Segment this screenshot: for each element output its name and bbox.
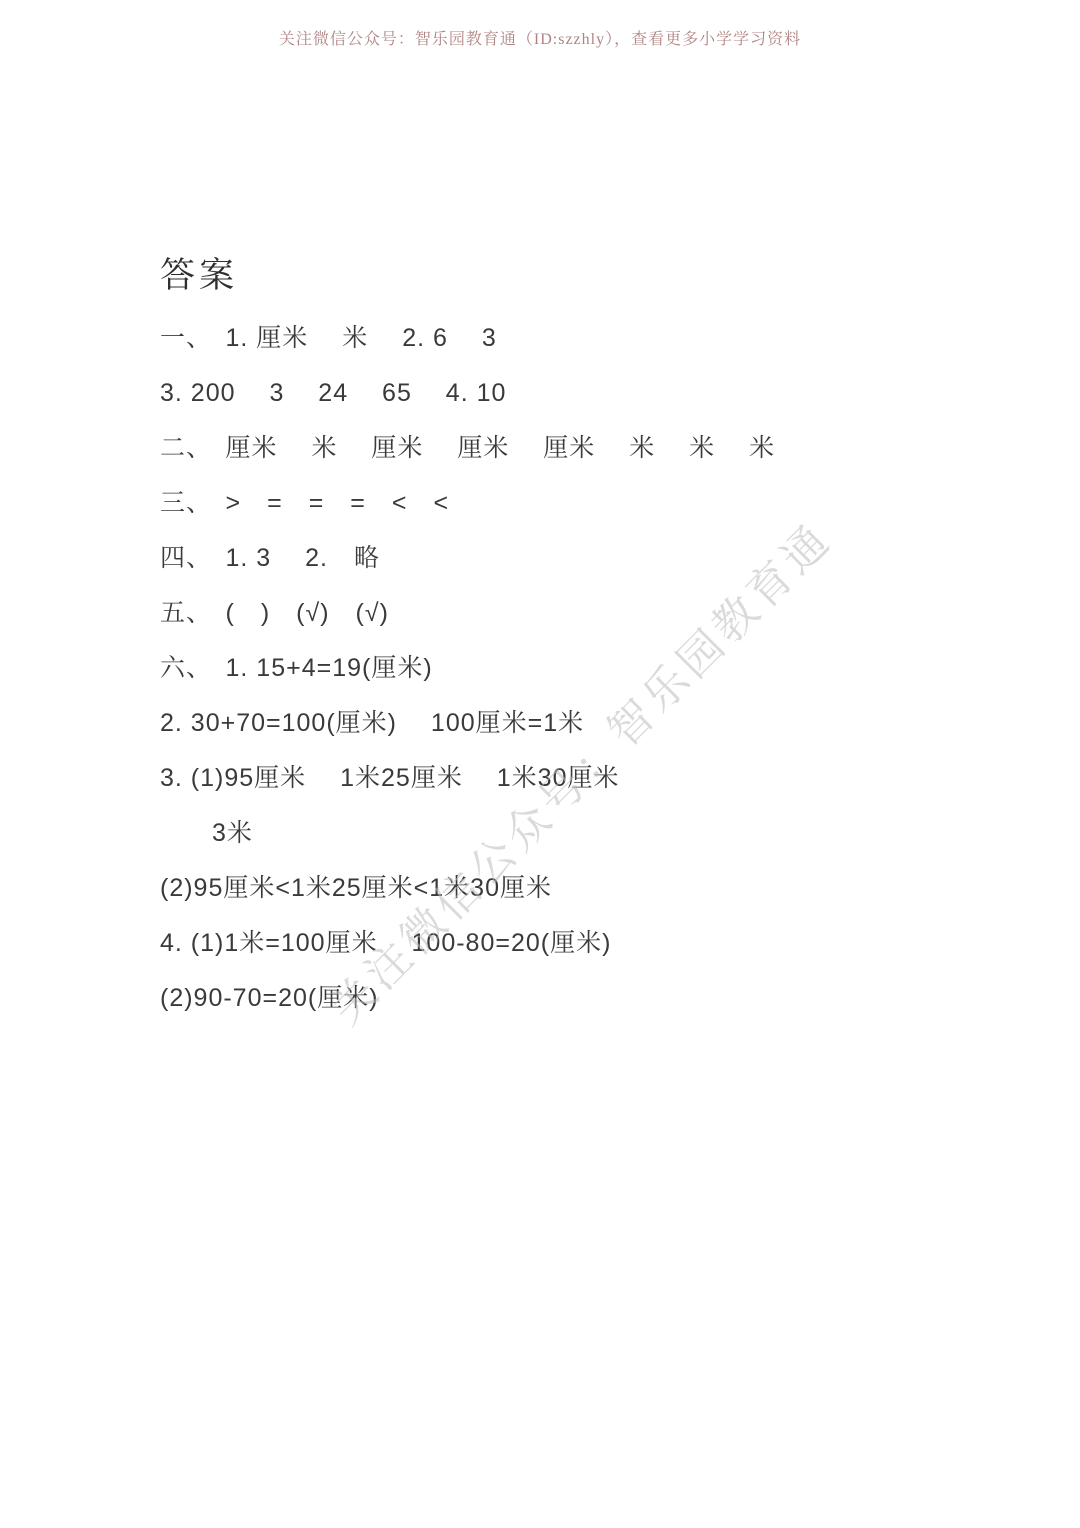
- page-title: 答案: [160, 248, 238, 298]
- answer-line-8: 2. 30+70=100(厘米) 100厘米=1米: [160, 703, 1000, 758]
- answer-line-10: 3米: [160, 813, 1000, 868]
- answer-line-1: 一、 1. 厘米 米 2. 6 3: [160, 318, 1000, 373]
- answer-line-6: 五、 ( ) (√) (√): [160, 593, 1000, 648]
- answer-line-3: 二、 厘米 米 厘米 厘米 厘米 米 米 米: [160, 428, 1000, 483]
- answer-line-4: 三、 > = = = < <: [160, 483, 1000, 538]
- answer-line-5: 四、 1. 3 2. 略: [160, 538, 1000, 593]
- header-notice: 关注微信公众号：智乐园教育通（ID:szzhly），查看更多小学学习资料: [0, 26, 1080, 49]
- answer-line-7: 六、 1. 15+4=19(厘米): [160, 648, 1000, 703]
- answer-line-13: (2)90-70=20(厘米): [160, 978, 1000, 1033]
- document-page: 关注微信公众号：智乐园教育通（ID:szzhly），查看更多小学学习资料 答案 …: [0, 0, 1080, 1528]
- answers-section: 一、 1. 厘米 米 2. 6 3 3. 200 3 24 65 4. 10 二…: [160, 318, 1000, 1033]
- answer-line-12: 4. (1)1米=100厘米 100-80=20(厘米): [160, 923, 1000, 978]
- answer-line-9: 3. (1)95厘米 1米25厘米 1米30厘米: [160, 758, 1000, 813]
- answer-line-2: 3. 200 3 24 65 4. 10: [160, 373, 1000, 428]
- answer-line-11: (2)95厘米<1米25厘米<1米30厘米: [160, 868, 1000, 923]
